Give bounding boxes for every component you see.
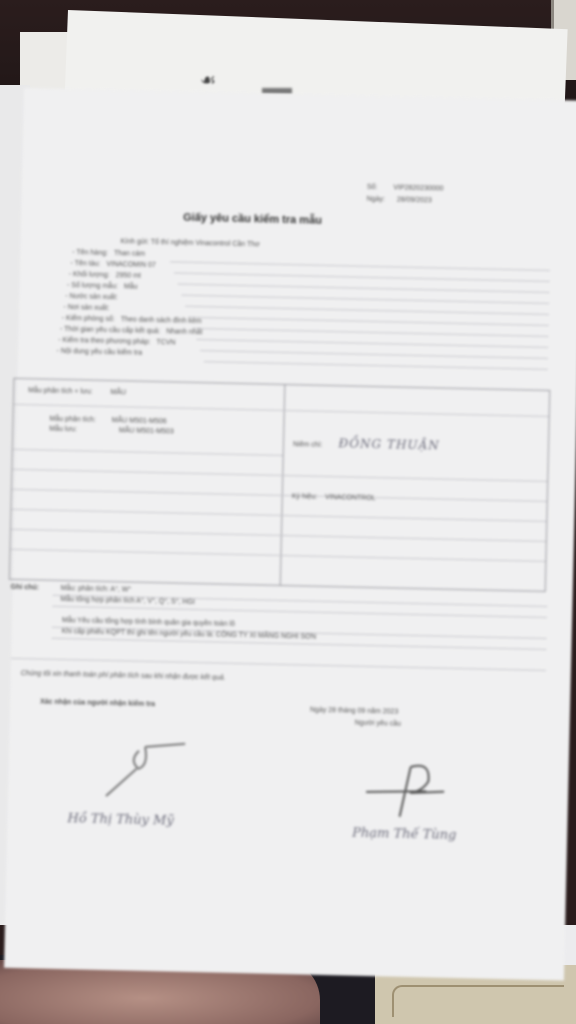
seal-mark: Ký hiệu: VINACONTROL — [292, 493, 376, 502]
field-label: Số lượng mẫu: — [71, 282, 118, 290]
field-label: Tên hàng: — [76, 249, 108, 257]
field-value: Than cám — [114, 250, 145, 258]
field-rule — [178, 284, 550, 293]
table-rule — [12, 469, 547, 482]
ref-date-label: Ngày: — [366, 196, 384, 203]
receiver-signature — [98, 730, 220, 803]
seal-status: Niêm chì: ĐỒNG THUẬN — [293, 435, 440, 452]
table-rule — [11, 509, 546, 522]
logo-icon: ☙ — [200, 70, 217, 92]
field-rule — [181, 295, 549, 304]
field-label: Kiểm tra theo phương pháp: — [62, 337, 150, 346]
ref-so-label: Số: — [367, 184, 378, 191]
table-header-label: Mẫu phân tích + lưu: — [28, 387, 93, 395]
ref-number: Số: VIP2820230000 — [367, 184, 444, 193]
note-line: Mẫu Yêu cầu tổng hợp tính bình quân gia … — [62, 617, 235, 628]
recipient: Kính gửi: Tổ thí nghiệm Vinacontrol Cần … — [120, 238, 259, 248]
row-label: Mẫu phân tích: — [49, 416, 95, 424]
seal-mark-label: Ký hiệu: — [292, 493, 317, 501]
field-row: - Nơi sản xuất: — [63, 304, 115, 312]
field-row: - Tên tàu:VINACOMIN 07 — [70, 260, 155, 269]
note-rule — [52, 606, 547, 618]
field-value: Nhanh nhất — [166, 328, 202, 336]
divider — [11, 658, 546, 671]
row-value: MẪU M501-M506 — [112, 417, 167, 425]
table-rule — [12, 489, 547, 502]
field-row: - Tên hàng:Than cám — [72, 249, 145, 258]
sample-table: Mẫu phân tích + lưu: MẪU Mẫu phân tích: … — [9, 378, 550, 592]
document-page: Số: VIP2820230000 Ngày: 28/09/2023 Giấy … — [4, 88, 576, 980]
seal-status-label: Niêm chì: — [293, 441, 323, 449]
field-label: Nước sản xuất: — [69, 293, 117, 301]
request-date: Ngày 28 tháng 09 năm 2023 — [310, 707, 398, 716]
field-rule — [196, 339, 548, 348]
field-rule — [189, 317, 549, 326]
table-rule — [11, 549, 546, 562]
field-value: Mẫu — [124, 283, 138, 290]
ref-so-value: VIP2820230000 — [393, 184, 443, 192]
field-rule — [204, 361, 548, 370]
note-line: Mẫu: phân tích: A°, W° — [61, 585, 132, 594]
table-rule — [11, 529, 546, 542]
receiver-title: Xác nhận của người nhận kiểm tra — [40, 699, 155, 709]
field-label: Nội dung yêu cầu kiểm tra — [61, 348, 142, 357]
field-value: TCVN — [156, 339, 175, 346]
field-rule — [174, 272, 550, 282]
field-rule — [200, 350, 548, 359]
table-row: Mẫu lưu: MẪU M501-M503 — [49, 426, 174, 436]
field-label: Tên tàu: — [75, 260, 101, 268]
document-title: Giấy yêu cầu kiểm tra mẫu — [183, 212, 322, 227]
box-print — [392, 985, 564, 1017]
field-rule — [170, 261, 550, 271]
row-label: Mẫu lưu: — [49, 426, 77, 434]
field-row: - Kiểm tra theo phương pháp:TCVN — [58, 337, 175, 347]
ref-date: Ngày: 28/09/2023 — [366, 196, 431, 204]
receiver-name: Hồ Thị Thùy Mỹ — [67, 811, 174, 828]
field-label: Kiểm phòng số: — [66, 315, 115, 323]
field-row: - Khối lượng:2950 mt — [69, 271, 141, 280]
requester-title: Người yêu cầu — [355, 720, 401, 728]
ref-date-value: 28/09/2023 — [397, 196, 432, 204]
row-value: MẪU M501-M503 — [119, 427, 174, 435]
requester-name: Phạm Thế Tùng — [352, 826, 457, 843]
seal-mark-value: VINACONTROL — [325, 494, 376, 502]
field-rule — [193, 328, 549, 337]
table-rule — [13, 449, 283, 456]
field-row: - Kiểm phòng số:Theo danh sách đính kèm — [62, 315, 202, 325]
field-row: - Nước sản xuất: — [65, 293, 124, 301]
field-value: 2950 mt — [115, 272, 140, 280]
field-label: Khối lượng: — [73, 271, 110, 279]
field-label: Thời gian yêu cầu cấp kết quả: — [64, 326, 160, 335]
field-row: - Số lượng mẫu:Mẫu — [67, 282, 138, 291]
payment-note: Chúng tôi xin thanh toán phí phân tích s… — [21, 670, 226, 682]
notes-label: Ghi chú: — [11, 584, 40, 592]
table-rule — [14, 404, 549, 417]
field-label: Nơi sản xuất: — [68, 304, 110, 312]
field-row: - Nội dung yêu cầu kiểm tra — [56, 348, 148, 357]
seal-status-value: ĐỒNG THUẬN — [338, 436, 439, 452]
field-value: Theo danh sách đính kèm — [121, 316, 202, 325]
field-value: VINACOMIN 07 — [106, 261, 156, 269]
table-header-value: MẪU — [110, 389, 126, 396]
table-row: Mẫu phân tích: MẪU M501-M506 — [49, 416, 166, 426]
table-header: Mẫu phân tích + lưu: MẪU — [28, 387, 126, 396]
field-rule — [185, 306, 549, 315]
field-row: - Thời gian yêu cầu cấp kết quả:Nhanh nh… — [60, 326, 203, 336]
